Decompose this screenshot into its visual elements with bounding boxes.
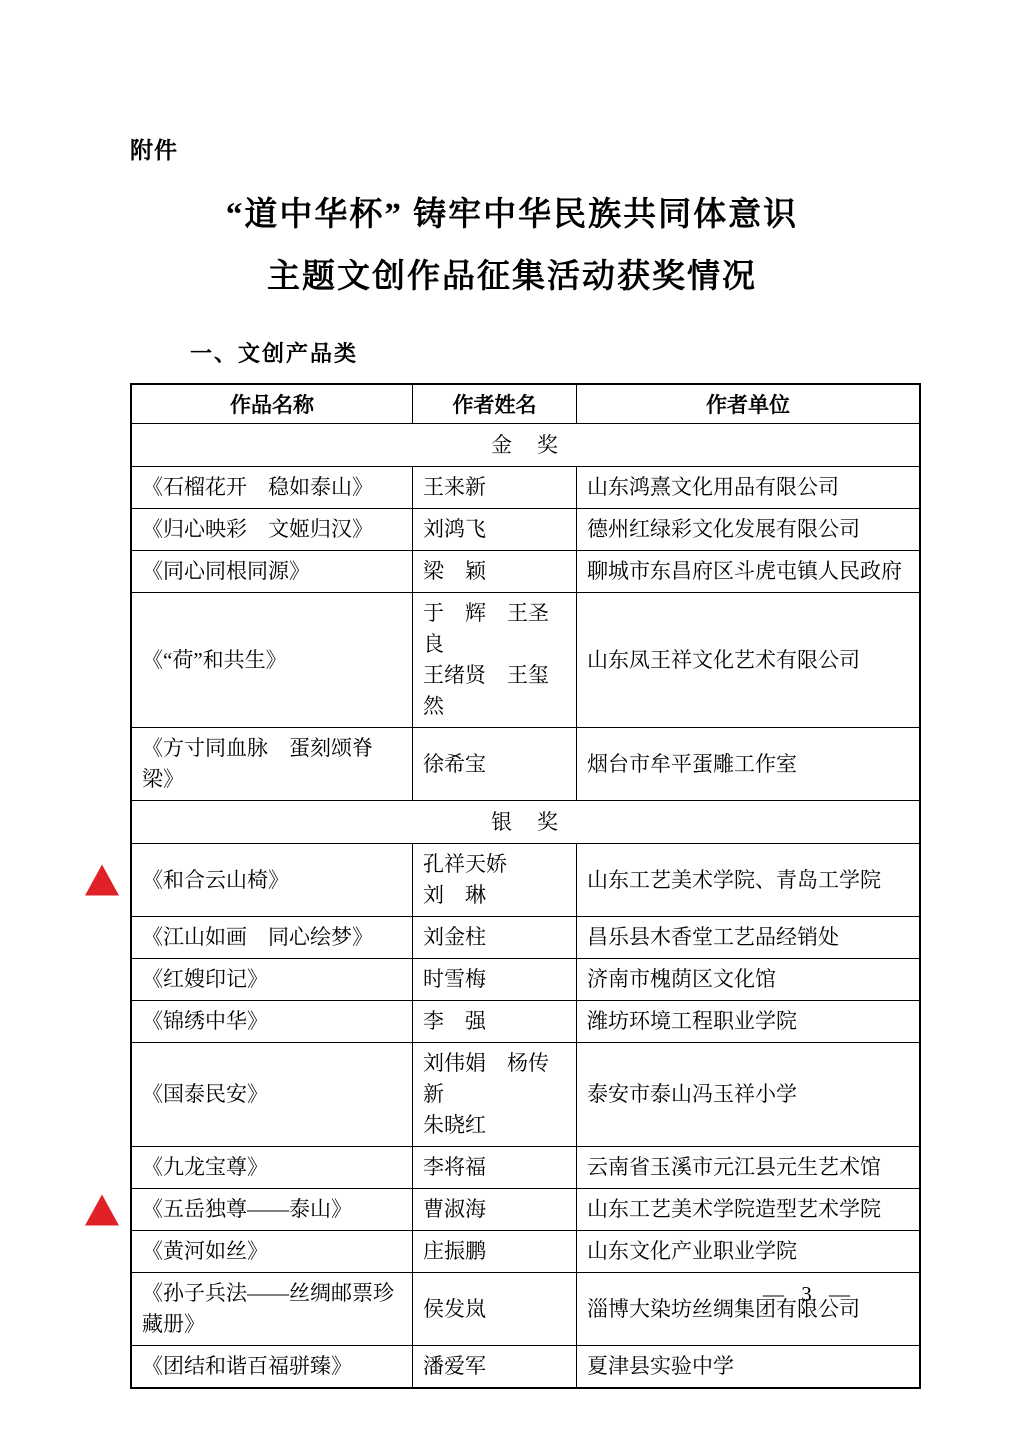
work-title-text: 《石榴花开 稳如泰山》 — [142, 475, 373, 499]
author-name-cell: 刘伟娟 杨传新朱晓红 — [413, 1043, 577, 1147]
author-unit-cell: 泰安市泰山冯玉祥小学 — [577, 1043, 921, 1147]
table-row: 《江山如画 同心绘梦》刘金柱昌乐县木香堂工艺品经销处 — [131, 917, 920, 959]
table-header-row: 作品名称 作者姓名 作者单位 — [131, 384, 920, 424]
award-section-row: 金 奖 — [131, 424, 920, 467]
work-title-cell: 《江山如画 同心绘梦》 — [131, 917, 413, 959]
author-unit-cell: 烟台市牟平蛋雕工作室 — [577, 728, 921, 801]
awards-table: 作品名称 作者姓名 作者单位 金 奖《石榴花开 稳如泰山》王来新山东鸿熹文化用品… — [130, 383, 921, 1389]
work-title-text: 《黄河如丝》 — [142, 1239, 268, 1263]
table-row: 《黄河如丝》庄振鹏山东文化产业职业学院 — [131, 1231, 920, 1273]
red-triangle-icon — [85, 865, 119, 896]
author-unit-cell: 夏津县实验中学 — [577, 1346, 921, 1389]
author-name-cell: 李将福 — [413, 1147, 577, 1189]
author-name-line: 刘 琳 — [423, 880, 566, 911]
author-name-line: 梁 颖 — [423, 556, 566, 587]
author-name-line: 侯发岚 — [423, 1294, 566, 1325]
table-row: 《归心映彩 文姬归汉》刘鸿飞德州红绿彩文化发展有限公司 — [131, 509, 920, 551]
table-row: 《“荷”和共生》于 辉 王圣良王绪贤 王玺然山东凤王祥文化艺术有限公司 — [131, 593, 920, 728]
work-title-text: 《团结和谐百福骈臻》 — [142, 1354, 352, 1378]
work-title-cell: 《归心映彩 文姬归汉》 — [131, 509, 413, 551]
work-title-cell: 《方寸同血脉 蛋刻颂脊梁》 — [131, 728, 413, 801]
document-title-line2: 主题文创作品征集活动获奖情况 — [0, 246, 1024, 308]
author-unit-cell: 德州红绿彩文化发展有限公司 — [577, 509, 921, 551]
table-row: 《锦绣中华》李 强潍坊环境工程职业学院 — [131, 1001, 920, 1043]
work-title-text: 《“荷”和共生》 — [142, 648, 287, 672]
table-row: 《和合云山椅》孔祥天娇刘 琳山东工艺美术学院、青岛工学院 — [131, 844, 920, 917]
work-title-cell: 《“荷”和共生》 — [131, 593, 413, 728]
work-title-cell: 《锦绣中华》 — [131, 1001, 413, 1043]
section-heading: 一、文创产品类 — [190, 337, 358, 368]
document-title-line1: “道中华杯” 铸牢中华民族共同体意识 — [0, 184, 1024, 246]
document-title: “道中华杯” 铸牢中华民族共同体意识 主题文创作品征集活动获奖情况 — [0, 184, 1024, 308]
work-title-cell: 《团结和谐百福骈臻》 — [131, 1346, 413, 1389]
table-row: 《九龙宝尊》李将福云南省玉溪市元江县元生艺术馆 — [131, 1147, 920, 1189]
work-title-cell: 《和合云山椅》 — [131, 844, 413, 917]
author-name-line: 孔祥天娇 — [423, 849, 566, 880]
author-name-line: 徐希宝 — [423, 749, 566, 780]
column-header-author-name: 作者姓名 — [413, 384, 577, 424]
author-unit-cell: 山东鸿熹文化用品有限公司 — [577, 467, 921, 509]
attachment-label: 附件 — [130, 132, 178, 165]
author-name-line: 刘鸿飞 — [423, 514, 566, 545]
author-unit-cell: 山东文化产业职业学院 — [577, 1231, 921, 1273]
work-title-text: 《五岳独尊——泰山》 — [142, 1197, 352, 1221]
author-name-cell: 庄振鹏 — [413, 1231, 577, 1273]
table-row: 《石榴花开 稳如泰山》王来新山东鸿熹文化用品有限公司 — [131, 467, 920, 509]
table-row: 《红嫂印记》时雪梅济南市槐荫区文化馆 — [131, 959, 920, 1001]
work-title-text: 《孙子兵法——丝绸邮票珍藏册》 — [142, 1281, 394, 1336]
author-unit-cell: 云南省玉溪市元江县元生艺术馆 — [577, 1147, 921, 1189]
author-name-line: 于 辉 王圣良 — [423, 598, 566, 660]
work-title-text: 《锦绣中华》 — [142, 1009, 268, 1033]
work-title-text: 《同心同根同源》 — [142, 559, 310, 583]
work-title-text: 《和合云山椅》 — [142, 868, 289, 892]
table-row: 《五岳独尊——泰山》曹淑海山东工艺美术学院造型艺术学院 — [131, 1189, 920, 1231]
author-name-cell: 李 强 — [413, 1001, 577, 1043]
award-section-label: 银 奖 — [131, 801, 920, 844]
work-title-cell: 《孙子兵法——丝绸邮票珍藏册》 — [131, 1273, 413, 1346]
work-title-text: 《江山如画 同心绘梦》 — [142, 925, 373, 949]
author-name-cell: 王来新 — [413, 467, 577, 509]
table-row: 《国泰民安》刘伟娟 杨传新朱晓红泰安市泰山冯玉祥小学 — [131, 1043, 920, 1147]
table-row: 《同心同根同源》梁 颖聊城市东昌府区斗虎屯镇人民政府 — [131, 551, 920, 593]
author-unit-cell: 昌乐县木香堂工艺品经销处 — [577, 917, 921, 959]
author-name-line: 李 强 — [423, 1006, 566, 1037]
red-triangle-icon — [85, 1194, 119, 1225]
work-title-cell: 《九龙宝尊》 — [131, 1147, 413, 1189]
work-title-cell: 《国泰民安》 — [131, 1043, 413, 1147]
author-name-line: 王来新 — [423, 472, 566, 503]
work-title-text: 《红嫂印记》 — [142, 967, 268, 991]
document-page: 附件 “道中华杯” 铸牢中华民族共同体意识 主题文创作品征集活动获奖情况 一、文… — [0, 0, 1024, 1448]
author-unit-cell: 济南市槐荫区文化馆 — [577, 959, 921, 1001]
author-name-line: 朱晓红 — [423, 1110, 566, 1141]
author-unit-cell: 山东凤王祥文化艺术有限公司 — [577, 593, 921, 728]
author-name-line: 王绪贤 王玺然 — [423, 660, 566, 722]
author-name-cell: 侯发岚 — [413, 1273, 577, 1346]
work-title-text: 《国泰民安》 — [142, 1082, 268, 1106]
work-title-cell: 《石榴花开 稳如泰山》 — [131, 467, 413, 509]
work-title-cell: 《五岳独尊——泰山》 — [131, 1189, 413, 1231]
author-name-line: 刘金柱 — [423, 922, 566, 953]
author-name-cell: 于 辉 王圣良王绪贤 王玺然 — [413, 593, 577, 728]
page-number: — 3 — — [763, 1282, 856, 1307]
author-unit-cell: 山东工艺美术学院造型艺术学院 — [577, 1189, 921, 1231]
author-name-line: 刘伟娟 杨传新 — [423, 1048, 566, 1110]
work-title-text: 《九龙宝尊》 — [142, 1155, 268, 1179]
author-name-cell: 孔祥天娇刘 琳 — [413, 844, 577, 917]
author-name-cell: 时雪梅 — [413, 959, 577, 1001]
table-row: 《团结和谐百福骈臻》潘爱军夏津县实验中学 — [131, 1346, 920, 1389]
work-title-text: 《方寸同血脉 蛋刻颂脊梁》 — [142, 736, 373, 791]
author-name-line: 潘爱军 — [423, 1351, 566, 1382]
author-name-line: 庄振鹏 — [423, 1236, 566, 1267]
work-title-cell: 《黄河如丝》 — [131, 1231, 413, 1273]
column-header-work-title: 作品名称 — [131, 384, 413, 424]
author-unit-cell: 潍坊环境工程职业学院 — [577, 1001, 921, 1043]
author-name-cell: 潘爱军 — [413, 1346, 577, 1389]
award-section-row: 银 奖 — [131, 801, 920, 844]
table-row: 《方寸同血脉 蛋刻颂脊梁》徐希宝烟台市牟平蛋雕工作室 — [131, 728, 920, 801]
author-unit-cell: 淄博大染坊丝绸集团有限公司 — [577, 1273, 921, 1346]
author-name-line: 时雪梅 — [423, 964, 566, 995]
author-name-cell: 曹淑海 — [413, 1189, 577, 1231]
work-title-cell: 《红嫂印记》 — [131, 959, 413, 1001]
author-unit-cell: 山东工艺美术学院、青岛工学院 — [577, 844, 921, 917]
column-header-author-unit: 作者单位 — [577, 384, 921, 424]
author-name-cell: 刘鸿飞 — [413, 509, 577, 551]
author-name-line: 曹淑海 — [423, 1194, 566, 1225]
author-unit-cell: 聊城市东昌府区斗虎屯镇人民政府 — [577, 551, 921, 593]
award-section-label: 金 奖 — [131, 424, 920, 467]
author-name-cell: 梁 颖 — [413, 551, 577, 593]
author-name-cell: 刘金柱 — [413, 917, 577, 959]
work-title-text: 《归心映彩 文姬归汉》 — [142, 517, 373, 541]
author-name-line: 李将福 — [423, 1152, 566, 1183]
work-title-cell: 《同心同根同源》 — [131, 551, 413, 593]
author-name-cell: 徐希宝 — [413, 728, 577, 801]
